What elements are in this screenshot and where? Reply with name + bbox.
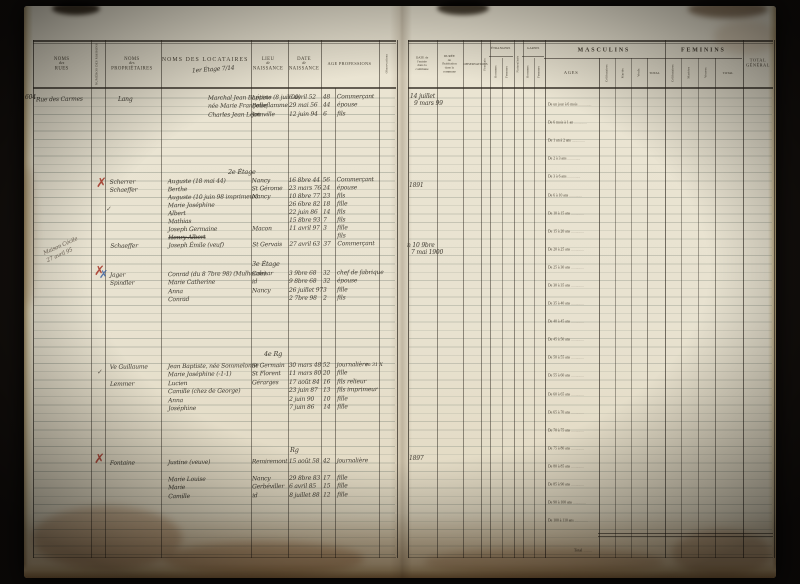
stain <box>52 2 100 15</box>
age-band-label: De 50 à 55 ans <box>548 356 584 360</box>
age-band-row: De 40 à 45 ans <box>546 313 626 331</box>
header-lieu-naissance: LIEUdeNAISSANCE <box>251 42 286 86</box>
age-band-row: De 70 à 75 ans <box>546 422 626 440</box>
age-band-row: De 90 à 100 ans <box>546 494 626 512</box>
age-band-label: De 1 an à 2 ans <box>548 139 585 143</box>
age-band-row: De 75 à 80 ans <box>546 440 626 458</box>
household-group: Marchal Jean Baptiste (8 juil 00)Lépine6… <box>168 93 398 120</box>
age-band-label: De 25 à 30 ans <box>548 266 584 270</box>
header-fem-veuves: Veuves <box>698 58 714 88</box>
age-band-row: De 3 à 6 ans <box>546 168 626 186</box>
age-band-row: De un jour à 6 mois <box>546 96 626 114</box>
age-band-row: De 10 à 15 ans <box>546 205 626 223</box>
age-band-row: De 55 à 60 ans <box>546 367 626 385</box>
age-band-row: De 15 à 20 ans <box>546 223 626 241</box>
total-row-label: Total <box>536 539 596 557</box>
age-band-row: De 100 à 110 ans <box>546 512 626 530</box>
age-band-label: De 100 à 110 ans <box>548 519 588 523</box>
age-band-label: De 6 à 10 ans <box>548 194 582 198</box>
header-observations-left: Observations <box>379 42 395 86</box>
total-rule-line <box>598 533 773 534</box>
header-fem-celibataires: Célibataires <box>665 58 680 88</box>
age-band-row: De 80 à 85 ans <box>546 458 626 476</box>
header-masc-total: TOTAL <box>647 58 663 88</box>
entry-date-note: n 10 9bre <box>407 242 435 249</box>
header-francais: Français <box>481 42 489 86</box>
header-numeros-maisons: NUMÉROS DES MAISONS <box>90 42 104 86</box>
age-band-label: De 45 à 50 ans <box>548 338 584 342</box>
header-noms-proprietaires: NOMSdesPROPRIÉTAIRES <box>105 42 159 86</box>
age-band-label: De un jour à 6 mois <box>548 103 591 107</box>
street-name: Rue des Carmes <box>36 96 83 104</box>
ages-column: De un jour à 6 mois De 6 mois à 1 an De … <box>546 96 626 530</box>
age-band-label: De 3 à 6 ans <box>548 176 580 180</box>
header-date-naissance: DATEdeNAISSANCE <box>288 42 320 86</box>
header-observations-right: OBSERVATIONS <box>463 42 479 86</box>
header-age-professions: AGE PROFESSIONS <box>321 42 377 86</box>
age-band-label: De 30 à 35 ans <box>548 284 584 288</box>
entry-year-note: 1897 <box>409 455 423 462</box>
age-band-row: De 85 à 90 ans <box>546 476 626 494</box>
household-group: Ve GuillaumeJean Baptiste, née Sommelonn… <box>168 361 399 414</box>
header-naturalises: Naturalisés <box>514 42 522 86</box>
age-band-label: De 35 à 40 ans <box>548 302 584 306</box>
header-etrangers-title: ÉTRANGERS <box>490 41 512 55</box>
header-date-entree: DATE de l'entrée dans la commune <box>409 42 435 86</box>
age-band-row: De 45 à 50 ans <box>546 331 626 349</box>
age-band-row: De 30 à 35 ans <box>546 277 626 295</box>
age-band-label: De 15 à 20 ans <box>548 230 584 234</box>
floor-note: 3e Étage <box>252 260 280 268</box>
header-duree-habitation: DURÉE de l'habitation dans la commune <box>437 42 461 86</box>
age-band-row: De 50 à 55 ans <box>546 349 626 367</box>
header-masc-celibataires: Célibataires <box>599 58 614 88</box>
floor-note: 2e Étage <box>228 168 256 176</box>
entry-date-note: 9 mars 99 <box>414 100 443 107</box>
floor-note: Rg <box>290 446 299 454</box>
age-band-label: De 2 à 3 ans <box>548 157 580 161</box>
header-feminins-title: FEMININS <box>665 42 741 57</box>
age-band-row: De 2 à 3 ans <box>546 150 626 168</box>
header-masc-maries: Mariés <box>615 58 630 88</box>
age-band-row: De 20 à 25 ans <box>546 241 626 259</box>
register-spread: NOMSdesRUES NUMÉROS DES MAISONS NOMSdesP… <box>24 6 776 578</box>
age-band-label: De 85 à 90 ans <box>548 483 584 487</box>
age-band-row: De 1 an à 2 ans <box>546 132 626 150</box>
header-masculins-title: MASCULINS <box>545 42 663 57</box>
household-group: FontaineJustine (veuve)Remiremont15 août… <box>168 457 398 501</box>
age-band-row: De 35 à 40 ans <box>546 295 626 313</box>
age-band-label: De 20 à 25 ans <box>548 248 584 252</box>
header-etrangers-femmes: Femmes <box>502 57 512 87</box>
age-band-label: De 40 à 45 ans <box>548 320 584 324</box>
rule-line <box>408 557 773 558</box>
entry-year-note: 1891 <box>409 182 423 189</box>
age-band-label: De 70 à 75 ans <box>548 429 584 433</box>
age-band-label: De 90 à 100 ans <box>548 501 586 505</box>
age-band-label: De 6 mois à 1 an <box>548 121 587 125</box>
stain <box>437 1 489 15</box>
age-band-row: De 65 à 70 ans <box>546 404 626 422</box>
page-block-edge-left <box>24 6 33 578</box>
entry-date-note: 7 mai 1900 <box>411 249 443 256</box>
stain <box>688 0 768 18</box>
age-band-label: De 60 à 65 ans <box>548 393 584 397</box>
age-band-label: De 75 à 80 ans <box>548 447 584 451</box>
total-rule-line <box>598 536 773 537</box>
entry-date-note: 14 juillet <box>410 93 435 100</box>
header-fem-mariees: Mariées <box>681 58 697 88</box>
age-band-label: De 80 à 85 ans <box>548 465 584 469</box>
header-etrangers-hommes: Hommes <box>490 57 501 87</box>
age-band-row: De 60 à 65 ans <box>546 386 626 404</box>
age-band-row: De 6 mois à 1 an <box>546 114 626 132</box>
owner-name: Lang <box>118 96 132 103</box>
household-group: ScherrerAuguste (18 mai 44)Nancy16 8bre … <box>168 176 399 251</box>
header-total-general: TOTALGÉNÉRAL <box>743 42 773 86</box>
photo-background: NOMSdesRUES NUMÉROS DES MAISONS NOMSdesP… <box>0 0 800 584</box>
age-band-label: De 65 à 70 ans <box>548 411 584 415</box>
header-fem-total: TOTAL <box>715 58 741 88</box>
age-band-label: De 55 à 60 ans <box>548 375 584 379</box>
age-band-row: De 6 à 10 ans <box>546 186 626 204</box>
household-group: JagerConrad (du 8 7bre 98) (Mulhouse)Col… <box>168 269 398 305</box>
header-garnis-femmes: Femmes <box>534 57 543 87</box>
header-ages-label: AGES <box>545 58 597 88</box>
house-number: 604 <box>25 94 36 101</box>
header-masc-veufs: Veufs <box>631 58 646 88</box>
age-band-row: De 25 à 30 ans <box>546 259 626 277</box>
header-noms-rues: NOMSdesRUES <box>34 42 89 86</box>
floor-note: 4e Rg <box>264 350 282 358</box>
header-garnis-title: GARNIS <box>523 41 543 55</box>
age-band-label: De 10 à 15 ans <box>548 212 584 216</box>
rule-line <box>33 87 396 89</box>
rule-line <box>33 557 396 558</box>
header-garnis-hommes: Hommes <box>523 57 533 87</box>
